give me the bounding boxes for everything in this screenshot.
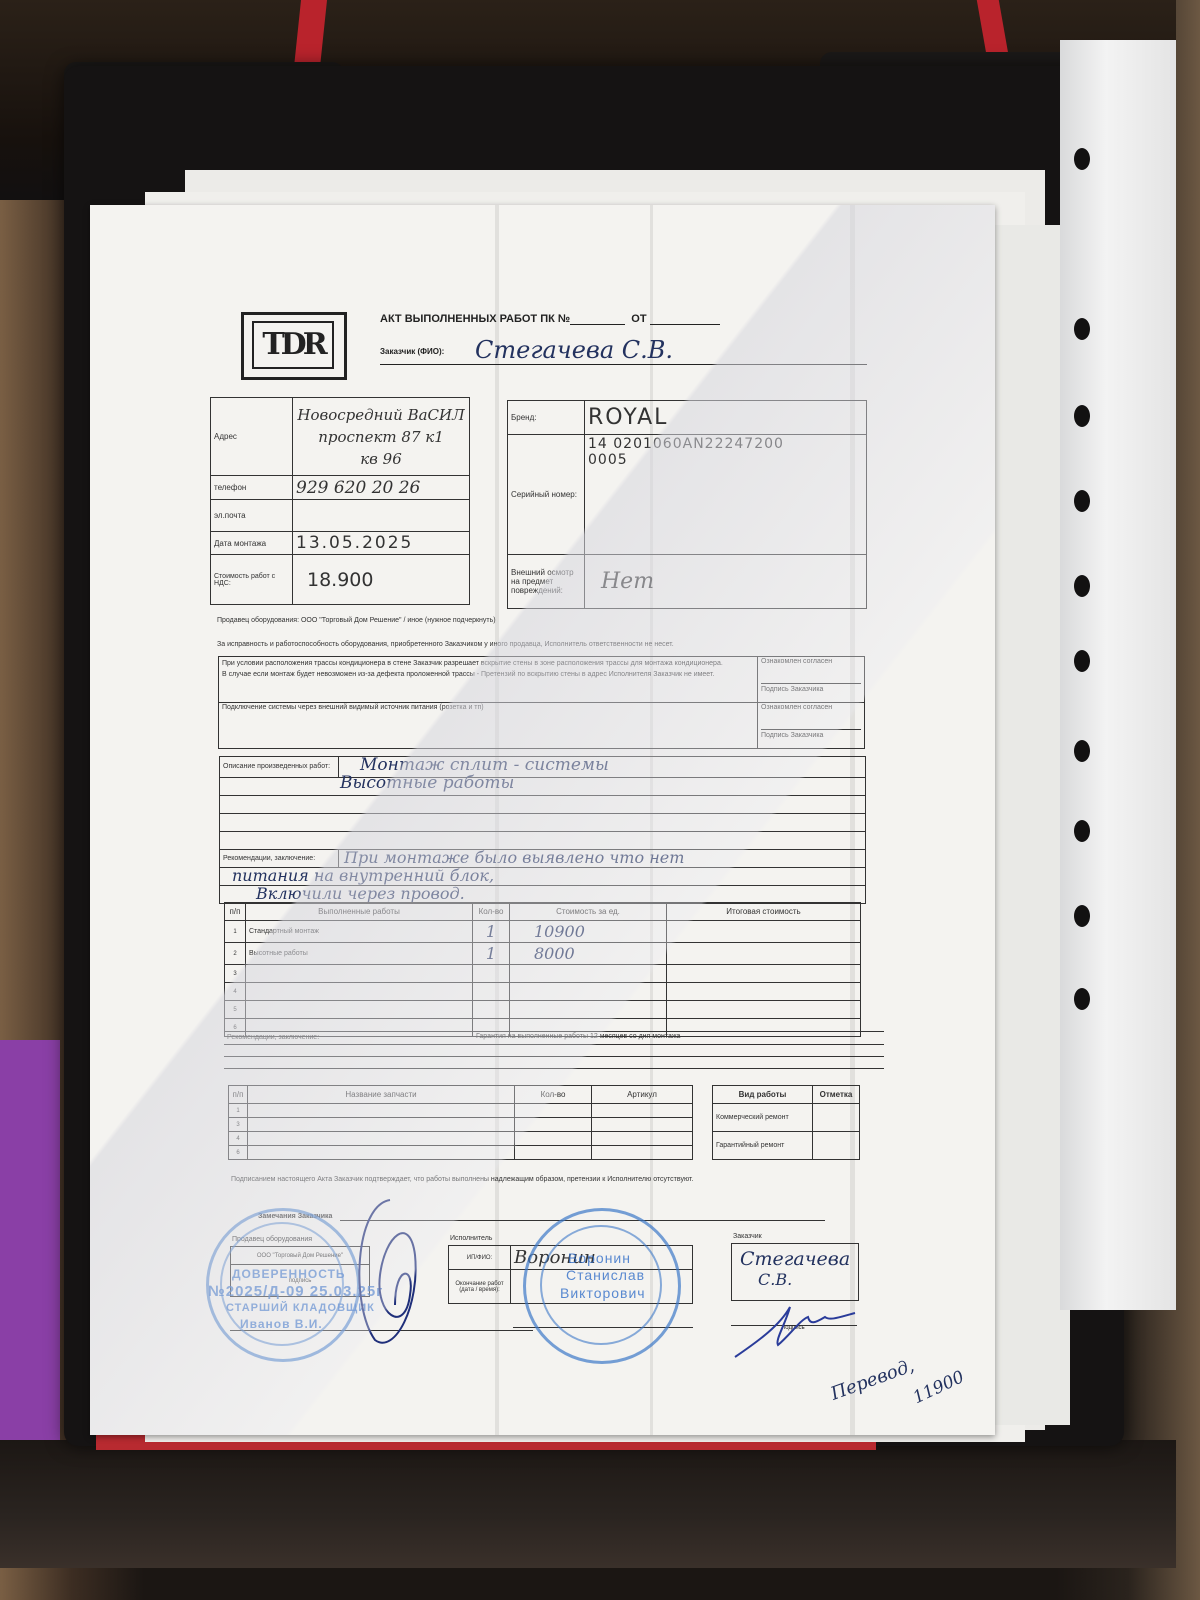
work-name: Высотные работы	[246, 943, 473, 965]
row-number: 3	[229, 1118, 248, 1132]
parts-table: п/п Название запчасти Кол-во Артикул 134…	[228, 1085, 693, 1160]
work-price[interactable]	[510, 983, 667, 1001]
punch-hole	[1074, 740, 1090, 762]
row-number: 1	[229, 1104, 248, 1118]
row-number: 5	[225, 1001, 246, 1019]
table-row: 2Высотные работы18000	[225, 943, 861, 965]
part-qty[interactable]	[515, 1146, 592, 1160]
work-description-line[interactable]: Монтаж сплит - системы	[360, 755, 609, 775]
recommendation-line[interactable]: При монтаже было выявлено что нет	[344, 848, 684, 867]
back-sheet	[990, 225, 1070, 1425]
brand-value[interactable]: ROYAL	[585, 401, 867, 435]
col-header: Вид работы	[713, 1086, 813, 1104]
col-header: Стоимость за ед.	[510, 903, 667, 921]
work-total[interactable]	[667, 983, 861, 1001]
col-header: Кол-во	[473, 903, 510, 921]
stamp-text: Станислав	[566, 1267, 645, 1283]
work-name: Стандартный монтаж	[246, 921, 473, 943]
install-date-value[interactable]: 13.05.2025	[293, 532, 470, 555]
conditions-table: При условии расположения трассы кондицио…	[218, 656, 865, 749]
work-description-label: Описание произведенных работ:	[223, 763, 330, 770]
address-line: Новосредний ВаСИЛ	[296, 404, 466, 426]
part-qty[interactable]	[515, 1118, 592, 1132]
col-header: Выполненные работы	[246, 903, 473, 921]
serial-value[interactable]: 14 0201060AN22247200 0005	[585, 435, 867, 555]
punch-hole	[1074, 650, 1090, 672]
col-header: Отметка	[813, 1086, 860, 1104]
part-article[interactable]	[592, 1104, 693, 1118]
part-article[interactable]	[592, 1146, 693, 1160]
address-value[interactable]: Новосредний ВаСИЛ проспект 87 к1 кв 96	[293, 398, 470, 476]
row-number: 3	[225, 965, 246, 983]
col-header: п/п	[225, 903, 246, 921]
title-prefix: АКТ ВЫПОЛНЕННЫХ РАБОТ ПК №	[380, 313, 570, 325]
cost-label: Стоимость работ с НДС:	[211, 555, 293, 605]
part-article[interactable]	[592, 1118, 693, 1132]
work-qty[interactable]: 1	[473, 943, 510, 965]
work-type-mark[interactable]	[813, 1132, 860, 1160]
table-row: 5	[225, 1001, 861, 1019]
client-info-table: Адрес Новосредний ВаСИЛ проспект 87 к1 к…	[210, 397, 470, 605]
agree-label: Ознакомлен согласен	[761, 658, 861, 665]
punch-hole	[1074, 490, 1090, 512]
table-row: 1Стандартный монтаж110900	[225, 921, 861, 943]
part-qty[interactable]	[515, 1132, 592, 1146]
punch-hole	[1074, 405, 1090, 427]
condition-line: В случае если монтаж будет невозможен из…	[222, 669, 754, 680]
customer-signature	[730, 1295, 860, 1365]
seller-note: Продавец оборудования: ООО "Торговый Дом…	[217, 617, 496, 624]
punch-hole	[1074, 575, 1090, 597]
part-name[interactable]	[248, 1118, 515, 1132]
row-number: 4	[225, 983, 246, 1001]
table-row: 4	[229, 1132, 693, 1146]
work-price[interactable]	[510, 965, 667, 983]
work-description-block: Описание произведенных работ: Монтаж спл…	[219, 756, 866, 904]
work-total[interactable]	[667, 943, 861, 965]
table-row: 1	[229, 1104, 693, 1118]
row-number: 6	[229, 1146, 248, 1160]
part-qty[interactable]	[515, 1104, 592, 1118]
punch-hole	[1074, 148, 1090, 170]
address-line: кв 96	[296, 448, 466, 470]
inspection-label: Внешний осмотр на предмет повреждений:	[508, 555, 585, 609]
condition-text: Подключение системы через внешний видимы…	[219, 703, 758, 749]
part-name[interactable]	[248, 1132, 515, 1146]
email-label: эл.почта	[211, 500, 293, 532]
table-row: 6	[229, 1146, 693, 1160]
serial-label: Серийный номер:	[508, 435, 585, 555]
act-number-field[interactable]	[570, 324, 625, 325]
work-price[interactable]: 10900	[510, 921, 667, 943]
work-price[interactable]	[510, 1001, 667, 1019]
works-table: п/п Выполненные работы Кол-во Стоимость …	[224, 902, 861, 1037]
condition-agreement[interactable]: Ознакомлен согласен Подпись Заказчика	[758, 703, 865, 749]
work-qty[interactable]: 1	[473, 921, 510, 943]
part-name[interactable]	[248, 1146, 515, 1160]
confirmation-text: Подписанием настоящего Акта Заказчик под…	[231, 1176, 693, 1183]
phone-label: телефон	[211, 476, 293, 500]
recommendations-label: Рекомендации, заключение:	[223, 855, 315, 862]
email-value[interactable]	[293, 500, 470, 532]
work-name	[246, 965, 473, 983]
work-type-mark[interactable]	[813, 1104, 860, 1132]
work-total[interactable]	[667, 965, 861, 983]
punch-hole	[1074, 820, 1090, 842]
act-date-field[interactable]	[650, 324, 720, 325]
background-bottom	[0, 1440, 1176, 1568]
table-row: 3	[229, 1118, 693, 1132]
col-header: Итоговая стоимость	[667, 903, 861, 921]
work-qty[interactable]	[473, 965, 510, 983]
part-name[interactable]	[248, 1104, 515, 1118]
handwritten-transfer-amount: 11900	[910, 1367, 967, 1408]
inspection-value[interactable]: Нет	[585, 555, 867, 609]
brand-label: Бренд:	[508, 401, 585, 435]
customer-label: Заказчик (ФИО):	[380, 347, 444, 356]
customer-name[interactable]: Стегачева С.В.	[475, 336, 673, 364]
warranty-note: Гарантия на выполненные работы 12 месяце…	[476, 1033, 680, 1040]
serial-line: 14 0201060AN22247200	[588, 436, 863, 452]
works-recommendations-label: Рекомендации, заключение:	[227, 1034, 319, 1041]
work-total[interactable]	[667, 921, 861, 943]
phone-value[interactable]: 929 620 20 26	[293, 476, 470, 500]
cost-value[interactable]: 18.900	[293, 555, 470, 605]
punch-hole	[1074, 318, 1090, 340]
plastic-sleeve	[1060, 40, 1176, 1310]
install-date-label: Дата монтажа	[211, 532, 293, 555]
stamp-text: Воронин	[568, 1250, 631, 1266]
executor-ip-label: ИП/ФИО:	[449, 1246, 511, 1270]
recommendation-line[interactable]: питания на внутренний блок,	[232, 866, 494, 885]
condition-agreement[interactable]: Ознакомлен согласен Подпись Заказчика	[758, 657, 865, 703]
table-row: 3	[225, 965, 861, 983]
condition-line: При условии расположения трассы кондицио…	[222, 658, 754, 669]
table-row: 4	[225, 983, 861, 1001]
serial-line: 0005	[588, 452, 863, 468]
col-header: п/п	[229, 1086, 248, 1104]
works-footer: Рекомендации, заключение: Гарантия на вы…	[224, 1031, 884, 1069]
condition-text: При условии расположения трассы кондицио…	[219, 657, 758, 703]
col-header: Артикул	[592, 1086, 693, 1104]
work-type-commercial: Коммерческий ремонт	[713, 1104, 813, 1132]
work-qty[interactable]	[473, 983, 510, 1001]
company-logo: TDR	[241, 312, 347, 380]
address-label: Адрес	[211, 398, 293, 476]
row-number: 2	[225, 943, 246, 965]
stamp-text: Иванов В.И.	[240, 1317, 323, 1331]
col-header: Название запчасти	[248, 1086, 515, 1104]
title-from: ОТ	[631, 313, 646, 325]
logo-text: TDR	[254, 327, 332, 362]
row-number: 1	[225, 921, 246, 943]
part-article[interactable]	[592, 1132, 693, 1146]
sign-label: Подпись Заказчика	[761, 729, 861, 739]
customer-sign-label: Заказчик	[733, 1233, 762, 1240]
row-number: 4	[229, 1132, 248, 1146]
customer-sign-box[interactable]: Стегачева С.В.	[731, 1243, 859, 1301]
stamp-text: Викторович	[560, 1285, 646, 1301]
work-type-warranty: Гарантийный ремонт	[713, 1132, 813, 1160]
work-completion-act: TDR АКТ ВЫПОЛНЕННЫХ РАБОТ ПК № ОТ Заказч…	[90, 205, 995, 1435]
col-header: Кол-во	[515, 1086, 592, 1104]
seller-signature	[345, 1195, 435, 1355]
work-name	[246, 983, 473, 1001]
work-type-table: Вид работы Отметка Коммерческий ремонт Г…	[712, 1085, 860, 1160]
work-total[interactable]	[667, 1001, 861, 1019]
punch-hole	[1074, 988, 1090, 1010]
customer-row: Заказчик (ФИО): Стегачева С.В.	[380, 338, 867, 365]
customer-sign-initials: С.В.	[758, 1270, 792, 1289]
equipment-table: Бренд: ROYAL Серийный номер: 14 0201060A…	[507, 400, 867, 609]
document-title: АКТ ВЫПОЛНЕННЫХ РАБОТ ПК № ОТ	[380, 313, 720, 325]
work-name	[246, 1001, 473, 1019]
work-description-line[interactable]: Высотные работы	[340, 773, 514, 793]
executor-end-label: Окончание работ (дата / время):	[449, 1270, 511, 1304]
stamp-text: ДОВЕРЕННОСТЬ	[232, 1267, 346, 1281]
work-qty[interactable]	[473, 1001, 510, 1019]
executor-label: Исполнитель	[450, 1235, 492, 1242]
punch-hole	[1074, 905, 1090, 927]
work-price[interactable]: 8000	[510, 943, 667, 965]
agree-label: Ознакомлен согласен	[761, 704, 861, 711]
sign-label: Подпись Заказчика	[761, 683, 861, 693]
customer-sign-name: Стегачева	[740, 1248, 850, 1270]
address-line: проспект 87 к1	[296, 426, 466, 448]
recommendation-line[interactable]: Включили через провод.	[256, 884, 465, 903]
disclaimer-note: За исправность и работоспособность обору…	[217, 641, 674, 648]
